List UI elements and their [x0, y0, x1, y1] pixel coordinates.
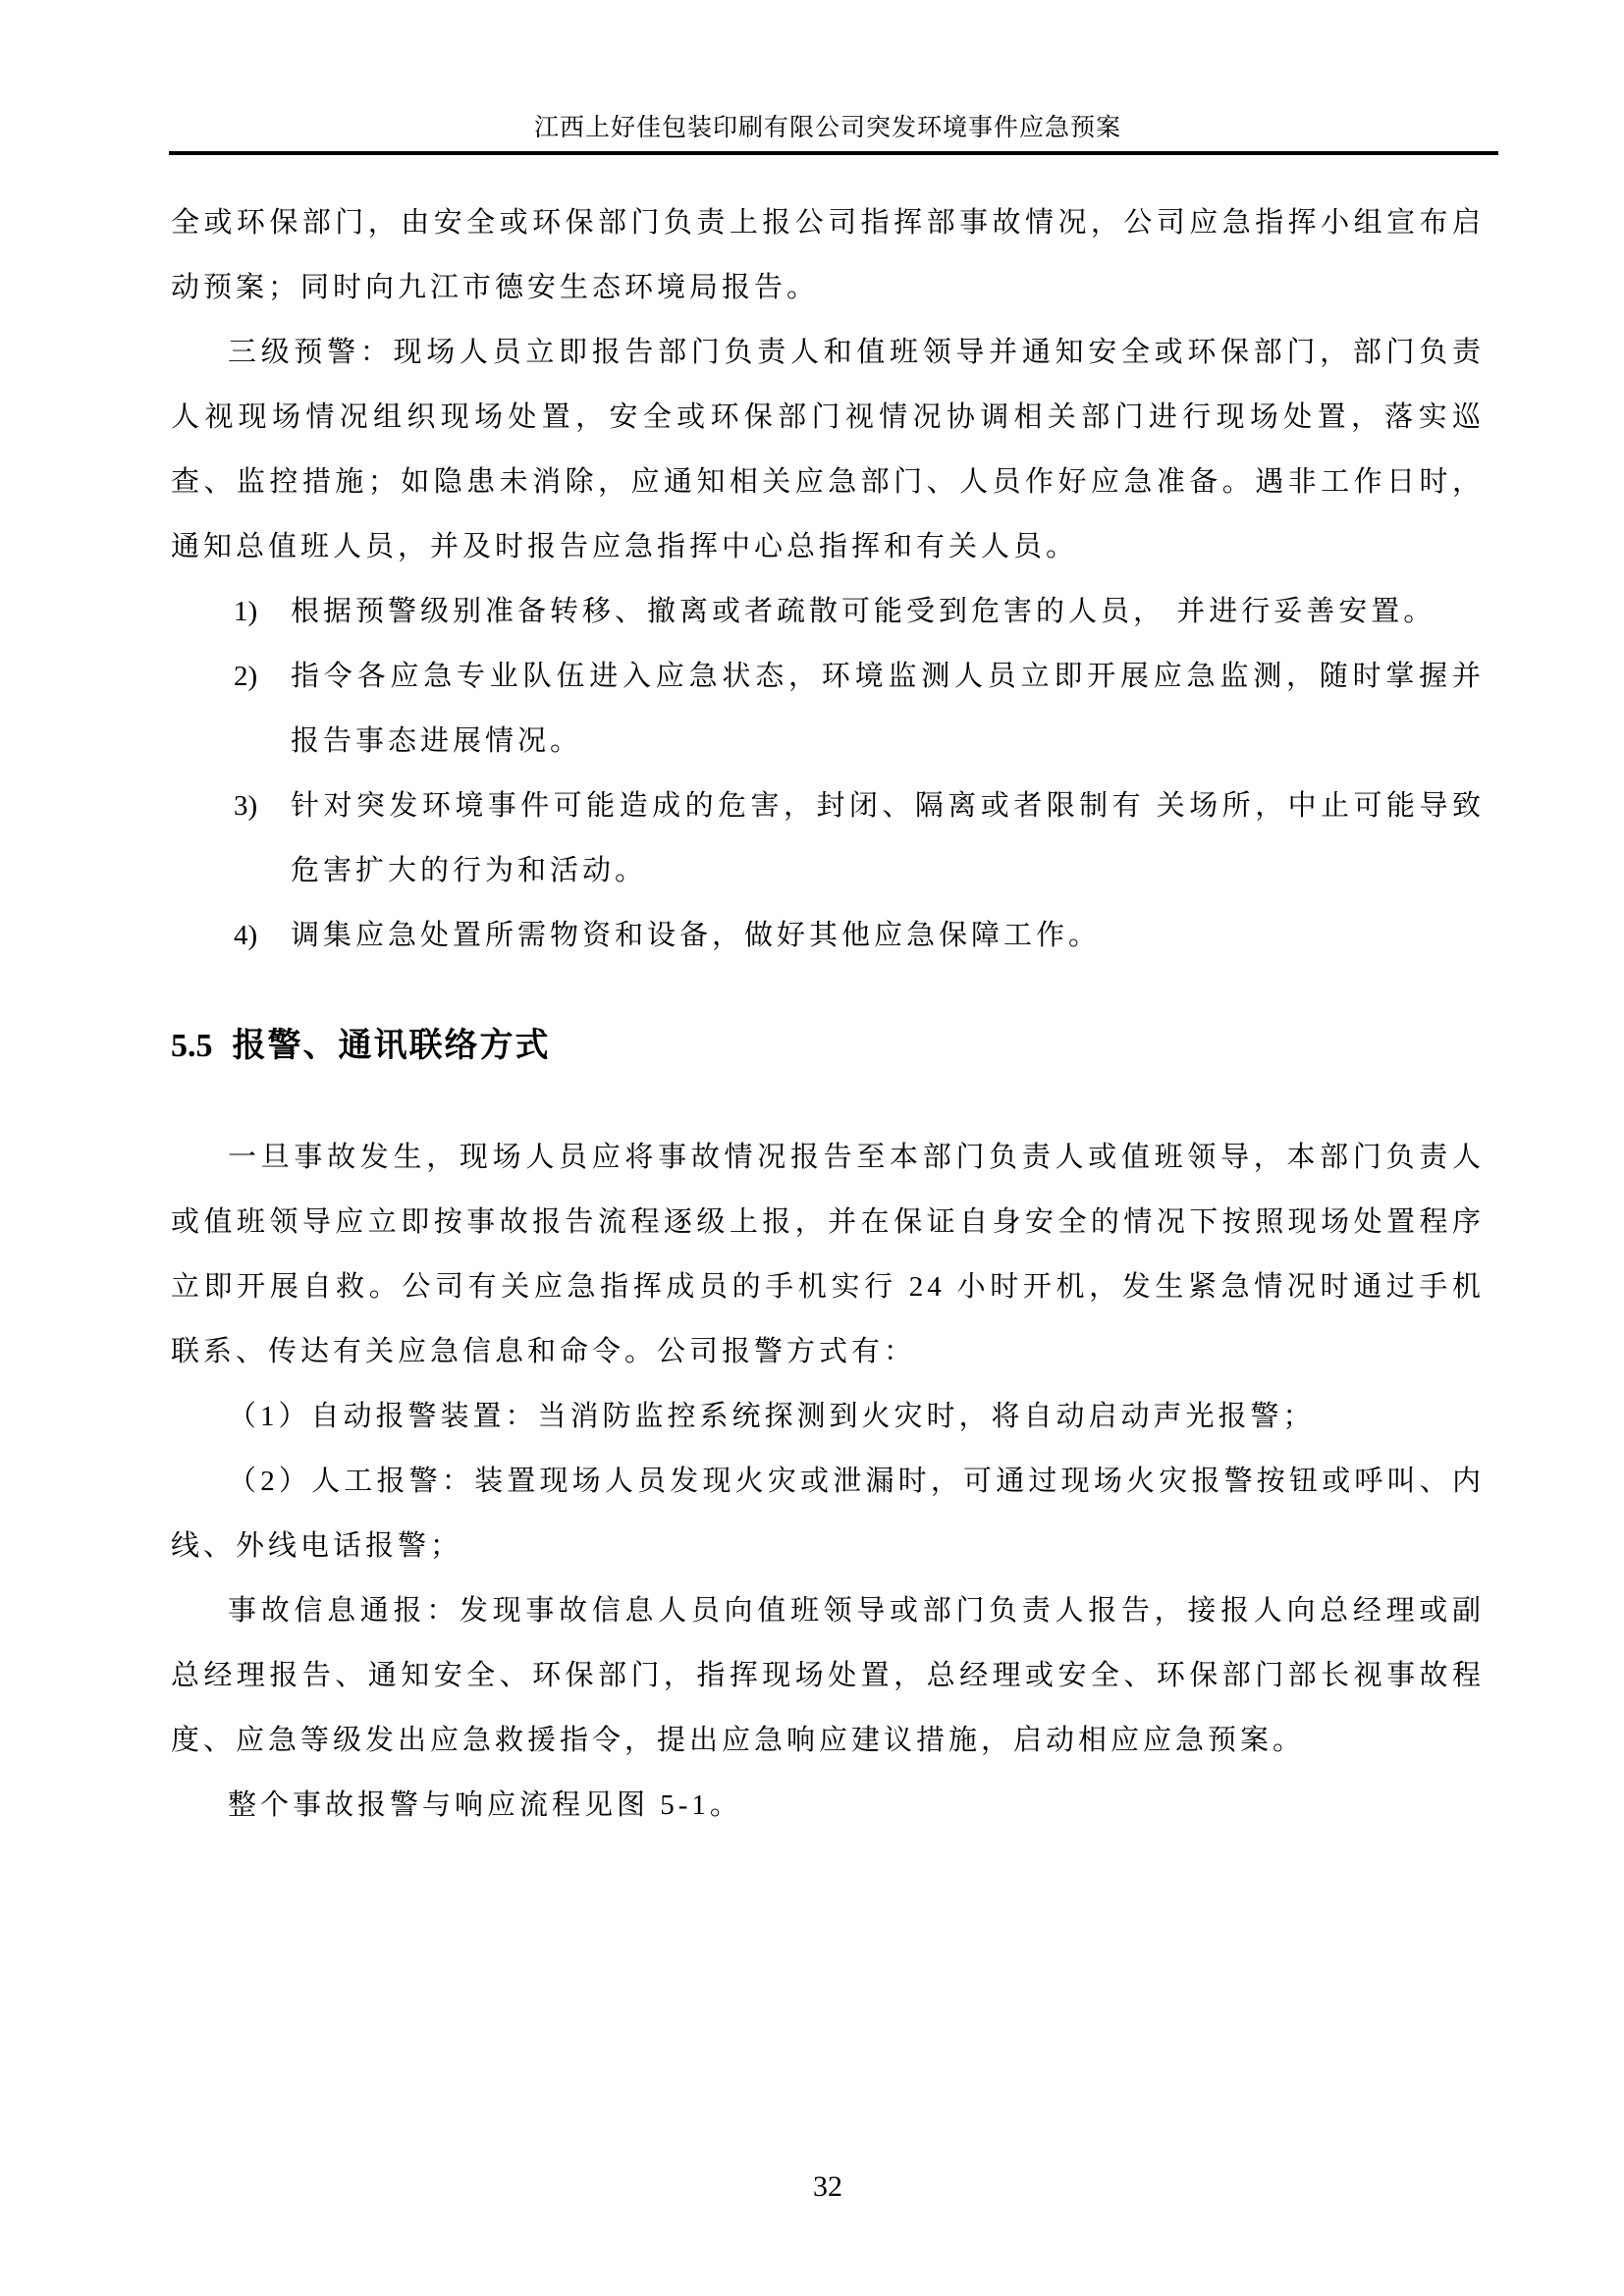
paragraph-manual-alarm: （2）人工报警：装置现场人员发现火灾或泄漏时，可通过现场火灾报警按钮或呼叫、内线…	[171, 1449, 1485, 1578]
list-item: 4) 调集应急处置所需物资和设备，做好其他应急保障工作。	[171, 903, 1485, 968]
list-item-marker: 3)	[234, 774, 257, 838]
paragraph-alarm-intro: 一旦事故发生，现场人员应将事故情况报告至本部门负责人或值班领导，本部门负责人或值…	[171, 1125, 1485, 1384]
paragraph-continuation: 全或环保部门，由安全或环保部门负责上报公司指挥部事故情况，公司应急指挥小组宣布启…	[171, 190, 1485, 320]
document-page: 江西上好佳包装印刷有限公司突发环境事件应急预案 全或环保部门，由安全或环保部门负…	[0, 0, 1624, 2296]
list-item-text: 根据预警级别准备转移、撤离或者疏散可能受到危害的人员， 并进行妥善安置。	[291, 596, 1435, 627]
list-item: 3) 针对突发环境事件可能造成的危害，封闭、隔离或者限制有 关场所，中止可能导致…	[171, 774, 1485, 903]
list-item-marker: 1)	[234, 579, 257, 644]
paragraph-level3-warning: 三级预警：现场人员立即报告部门负责人和值班领导并通知安全或环保部门，部门负责人视…	[171, 320, 1485, 579]
list-item-text: 针对突发环境事件可能造成的危害，封闭、隔离或者限制有 关场所，中止可能导致危害扩…	[291, 790, 1485, 886]
paragraph-figure-reference: 整个事故报警与响应流程见图 5-1。	[171, 1773, 1485, 1838]
section-number: 5.5	[171, 1028, 213, 1064]
page-header: 江西上好佳包装印刷有限公司突发环境事件应急预案	[171, 110, 1485, 147]
paragraph-auto-alarm: （1）自动报警装置：当消防监控系统探测到火灾时，将自动启动声光报警；	[171, 1384, 1485, 1449]
page-number: 32	[171, 2167, 1485, 2207]
list-item-text: 指令各应急专业队伍进入应急状态，环境监测人员立即开展应急监测，随时掌握并报告事态…	[291, 661, 1485, 757]
list-item: 2) 指令各应急专业队伍进入应急状态，环境监测人员立即开展应急监测，随时掌握并报…	[171, 644, 1485, 774]
warning-measures-list: 1) 根据预警级别准备转移、撤离或者疏散可能受到危害的人员， 并进行妥善安置。 …	[171, 579, 1485, 968]
list-item-marker: 2)	[234, 644, 257, 709]
header-title: 江西上好佳包装印刷有限公司突发环境事件应急预案	[534, 115, 1121, 141]
list-item: 1) 根据预警级别准备转移、撤离或者疏散可能受到危害的人员， 并进行妥善安置。	[171, 579, 1485, 644]
header-rule	[169, 151, 1498, 155]
document-content: 全或环保部门，由安全或环保部门负责上报公司指挥部事故情况，公司应急指挥小组宣布启…	[171, 190, 1485, 1838]
section-title: 报警、通讯联络方式	[233, 1028, 551, 1064]
section-heading: 5.5报警、通讯联络方式	[171, 1012, 1485, 1081]
paragraph-incident-notification: 事故信息通报：发现事故信息人员向值班领导或部门负责人报告，接报人向总经理或副总经…	[171, 1578, 1485, 1773]
list-item-marker: 4)	[234, 903, 257, 968]
list-item-text: 调集应急处置所需物资和设备，做好其他应急保障工作。	[291, 920, 1101, 951]
